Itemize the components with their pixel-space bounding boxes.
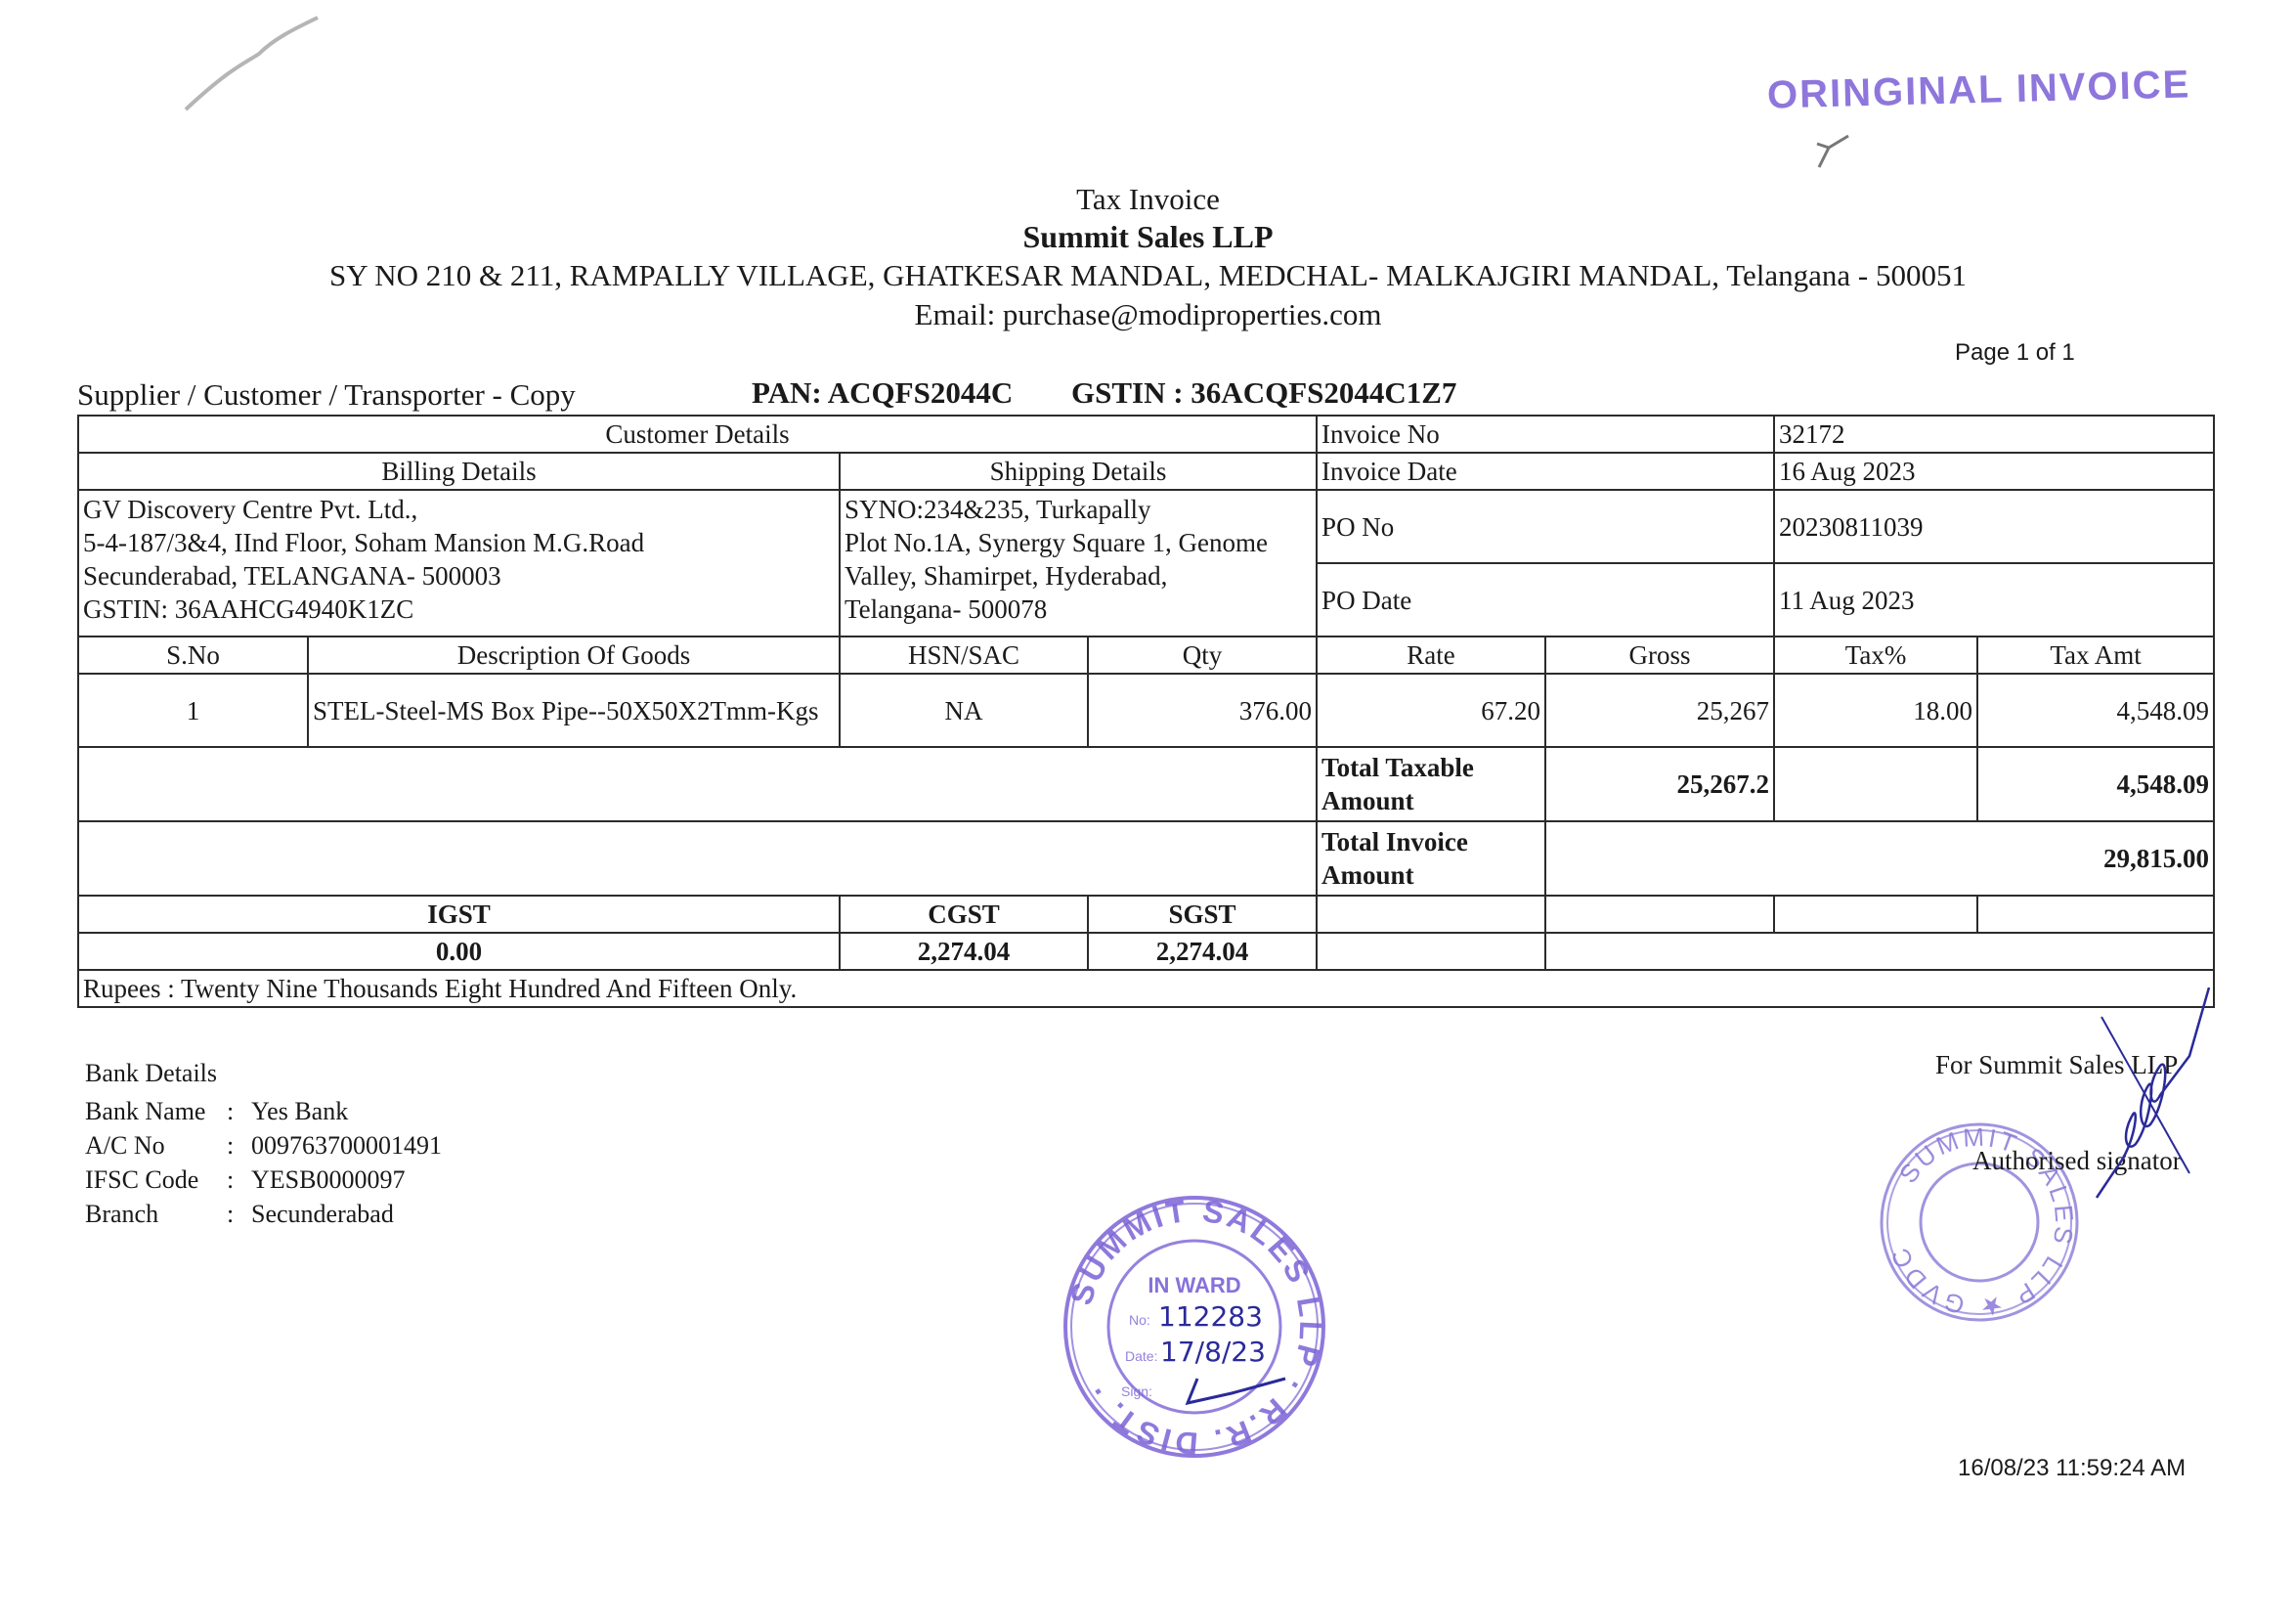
invoice-date: 16 Aug 2023 [1774, 453, 2214, 490]
item-qty: 376.00 [1088, 674, 1317, 747]
handwritten-signature [2043, 988, 2229, 1212]
meta-label: Invoice Date [1317, 453, 1774, 490]
col-header-description: Description Of Goods [308, 636, 840, 674]
shipping-line: SYNO:234&235, Turkapally [845, 493, 1312, 526]
svg-text:Date:: Date: [1125, 1348, 1157, 1364]
billing-line: Secunderabad, TELANGANA- 500003 [83, 559, 835, 593]
billing-gstin: GSTIN: 36AAHCG4940K1ZC [83, 593, 835, 626]
tick-mark-icon [1813, 132, 1862, 171]
ifsc-value: YESB0000097 [251, 1163, 405, 1197]
bank-row: Branch : Secunderabad [85, 1197, 442, 1231]
billing-line: GV Discovery Centre Pvt. Ltd., [83, 493, 835, 526]
bank-sep: : [227, 1094, 251, 1128]
col-header-rate: Rate [1317, 636, 1545, 674]
document-title: Tax Invoice [0, 182, 2296, 217]
total-invoice-label: Total Invoice Amount [1317, 821, 1545, 896]
svg-text:IN WARD: IN WARD [1148, 1273, 1240, 1297]
invoice-table: Customer Details Invoice No 32172 Billin… [77, 415, 2215, 1008]
total-taxable-tax: 4,548.09 [1977, 747, 2214, 821]
col-header-tax-amt: Tax Amt [1977, 636, 2214, 674]
billing-details-header: Billing Details [78, 453, 840, 490]
branch-value: Secunderabad [251, 1197, 394, 1231]
total-taxable-label: Total Taxable Amount [1317, 747, 1545, 821]
empty-cell [1545, 896, 1774, 933]
shipping-address: SYNO:234&235, Turkapally Plot No.1A, Syn… [840, 490, 1317, 636]
bank-row: A/C No : 009763700001491 [85, 1128, 442, 1163]
sgst-label: SGST [1088, 896, 1317, 933]
col-header-hsn: HSN/SAC [840, 636, 1088, 674]
empty-cell [1317, 896, 1545, 933]
scan-smudge-mark [176, 10, 323, 117]
shipping-line: Valley, Shamirpet, Hyderabad, [845, 559, 1312, 593]
print-timestamp: 16/08/23 11:59:24 AM [1958, 1455, 2186, 1482]
po-number: 20230811039 [1774, 490, 2214, 563]
account-number-value: 009763700001491 [251, 1128, 442, 1163]
amount-in-words: Rupees : Twenty Nine Thousands Eight Hun… [78, 970, 2214, 1007]
col-header-sno: S.No [78, 636, 308, 674]
billing-address: GV Discovery Centre Pvt. Ltd., 5-4-187/3… [78, 490, 840, 636]
po-date: 11 Aug 2023 [1774, 563, 2214, 636]
bank-sep: : [227, 1197, 251, 1231]
col-header-tax-pct: Tax% [1774, 636, 1977, 674]
shipping-details-header: Shipping Details [840, 453, 1317, 490]
svg-text:17/8/23: 17/8/23 [1160, 1336, 1266, 1368]
svg-text:Sign:: Sign: [1121, 1383, 1152, 1399]
company-name: Summit Sales LLP [0, 219, 2296, 255]
meta-label: PO No [1317, 490, 1774, 563]
item-rate: 67.20 [1317, 674, 1545, 747]
table-row: 1 STEL-Steel-MS Box Pipe--50X50X2Tmm-Kgs… [78, 674, 2214, 747]
empty-cell [78, 821, 1317, 896]
bank-row: Bank Name : Yes Bank [85, 1094, 442, 1128]
bank-label: Branch [85, 1197, 227, 1231]
copy-label: Supplier / Customer / Transporter - Copy [77, 377, 576, 413]
igst-label: IGST [78, 896, 840, 933]
svg-text:112283: 112283 [1158, 1300, 1263, 1333]
bank-label: IFSC Code [85, 1163, 227, 1197]
billing-line: 5-4-187/3&4, IInd Floor, Soham Mansion M… [83, 526, 835, 559]
item-tax-pct: 18.00 [1774, 674, 1977, 747]
svg-text:No:: No: [1129, 1312, 1150, 1328]
item-sno: 1 [78, 674, 308, 747]
page-number: Page 1 of 1 [1955, 339, 2075, 367]
empty-cell [1977, 896, 2214, 933]
customer-details-header: Customer Details [78, 416, 1317, 453]
item-description: STEL-Steel-MS Box Pipe--50X50X2Tmm-Kgs [308, 674, 840, 747]
empty-cell [1317, 933, 1545, 970]
shipping-line: Plot No.1A, Synergy Square 1, Genome [845, 526, 1312, 559]
bank-label: Bank Name [85, 1094, 227, 1128]
item-hsn: NA [840, 674, 1088, 747]
item-tax-amt: 4,548.09 [1977, 674, 2214, 747]
pan-number: PAN: ACQFS2044C [752, 375, 1013, 411]
total-taxable-gross: 25,267.2 [1545, 747, 1774, 821]
empty-cell [1774, 747, 1977, 821]
col-header-gross: Gross [1545, 636, 1774, 674]
igst-value: 0.00 [78, 933, 840, 970]
company-address: SY NO 210 & 211, RAMPALLY VILLAGE, GHATK… [0, 258, 2296, 293]
bank-details: Bank Details Bank Name : Yes Bank A/C No… [85, 1056, 442, 1231]
invoice-number: 32172 [1774, 416, 2214, 453]
col-header-qty: Qty [1088, 636, 1317, 674]
meta-label: PO Date [1317, 563, 1774, 636]
bank-details-title: Bank Details [85, 1056, 442, 1090]
shipping-line: Telangana- 500078 [845, 593, 1312, 626]
bank-label: A/C No [85, 1128, 227, 1163]
company-email: Email: purchase@modiproperties.com [0, 297, 2296, 332]
empty-cell [78, 747, 1317, 821]
inward-seal-stamp: SUMMIT SALES LLP · R.R. DIST. · IN WARD … [1061, 1193, 1329, 1462]
meta-label: Invoice No [1317, 416, 1774, 453]
empty-cell [1545, 933, 2214, 970]
sgst-value: 2,274.04 [1088, 933, 1317, 970]
total-invoice-amount: 29,815.00 [1545, 821, 2214, 896]
bank-sep: : [227, 1163, 251, 1197]
original-invoice-stamp: ORINGINAL INVOICE [1766, 63, 2190, 117]
bank-sep: : [227, 1128, 251, 1163]
item-gross: 25,267 [1545, 674, 1774, 747]
empty-cell [1774, 896, 1977, 933]
bank-name-value: Yes Bank [251, 1094, 348, 1128]
gstin-number: GSTIN : 36ACQFS2044C1Z7 [1071, 375, 1456, 411]
bank-row: IFSC Code : YESB0000097 [85, 1163, 442, 1197]
cgst-label: CGST [840, 896, 1088, 933]
cgst-value: 2,274.04 [840, 933, 1088, 970]
